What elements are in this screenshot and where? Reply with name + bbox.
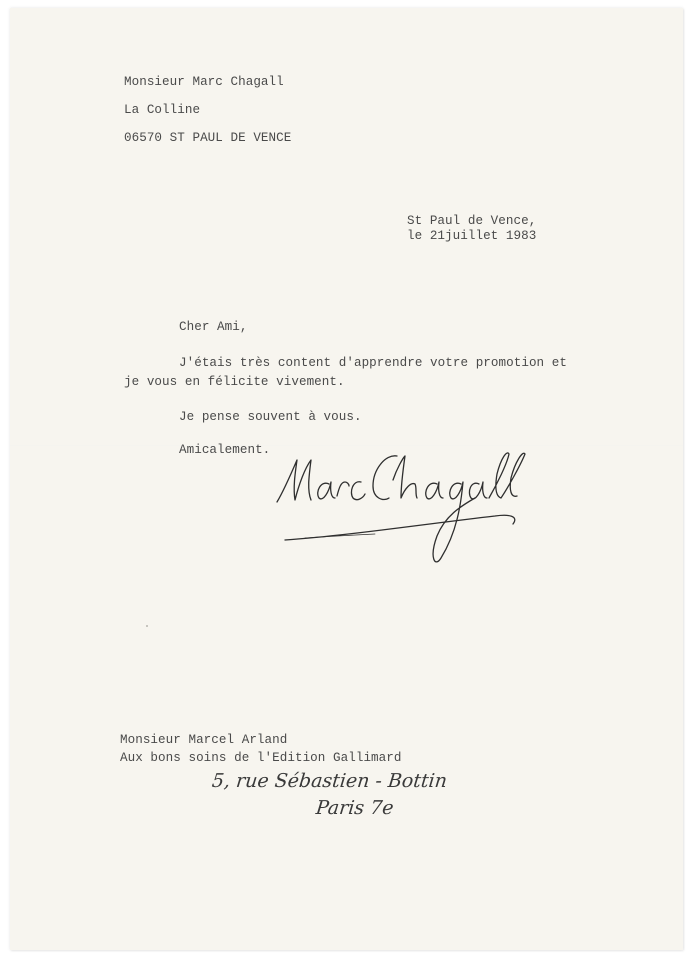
body-paragraph1-line2: je vous en félicite vivement. <box>124 375 345 390</box>
paper-speck <box>146 625 148 627</box>
sender-name: Monsieur Marc Chagall <box>124 75 284 90</box>
signature <box>265 440 555 570</box>
body-paragraph2: Je pense souvent à vous. <box>179 410 362 425</box>
recipient-care-of: Aux bons soins de l'Edition Gallimard <box>120 751 401 766</box>
sender-address-line1: La Colline <box>124 103 200 118</box>
sender-address-line2: 06570 ST PAUL DE VENCE <box>124 131 291 146</box>
recipient-handwritten-city: Paris 7e <box>315 797 395 819</box>
salutation: Cher Ami, <box>179 320 247 335</box>
body-paragraph1-line1: J'étais très content d'apprendre votre p… <box>179 356 567 371</box>
closing: Amicalement. <box>179 443 270 458</box>
dateline-place: St Paul de Vence, <box>407 214 536 229</box>
signature-marc-chagall-icon <box>265 440 555 570</box>
dateline-date: le 21juillet 1983 <box>407 229 536 244</box>
recipient-handwritten-street: 5, rue Sébastien - Bottin <box>211 770 448 792</box>
recipient-name: Monsieur Marcel Arland <box>120 733 287 748</box>
